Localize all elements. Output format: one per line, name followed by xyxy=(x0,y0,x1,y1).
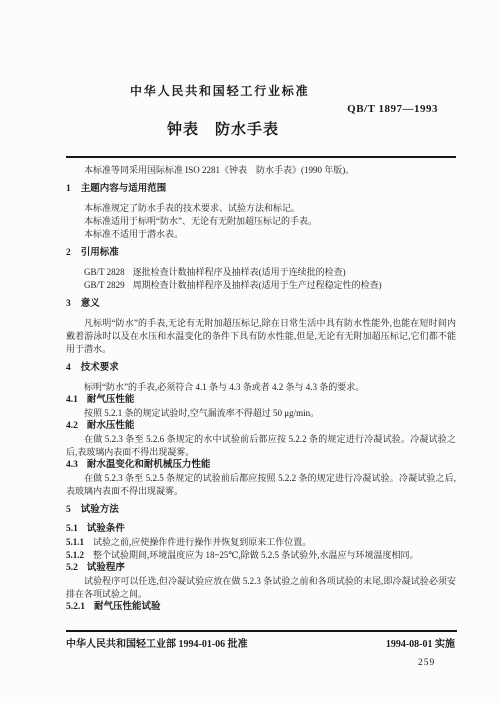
block-text: 试验之前,应使操作件进行操作并恢复到原来工作位置。 xyxy=(93,537,311,547)
document-body: 本标准等同采用国际标准 ISO 2281《钟表 防水手表》(1990 年版)。1… xyxy=(66,164,456,614)
block-text: 逐批检查计数抽样程序及抽样表(适用于连续批的检查) xyxy=(133,267,346,277)
footer: 中华人民共和国轻工业部 1994-01-06 批准 1994-08-01 实施 xyxy=(66,635,455,650)
footer-divider xyxy=(66,630,457,632)
page-number: 259 xyxy=(418,658,435,668)
block-text: 本标准等同采用国际标准 ISO 2281《钟表 防水手表》(1990 年版)。 xyxy=(84,165,354,175)
standard-number: QB/T 1897—1993 xyxy=(347,103,438,115)
clause-number: 5.2.1 xyxy=(66,602,85,612)
block-text: 本标准规定了防水手表的技术要求、试验方法和标记。 xyxy=(84,203,300,213)
paragraph: 本标准等同采用国际标准 ISO 2281《钟表 防水手表》(1990 年版)。 xyxy=(66,164,456,177)
section-heading: 3意义 xyxy=(66,298,456,311)
title-divider xyxy=(66,156,456,158)
document-page: 中华人民共和国轻工行业标准 QB/T 1897—1993 钟表 防水手表 本标准… xyxy=(0,0,500,703)
clause-number: 4.1 xyxy=(66,395,78,405)
paragraph: 在做 5.2.3 条至 5.2.5 条规定的试验前后都应按照 5.2.2 条的规… xyxy=(66,472,456,498)
clause-heading: 5.2.1耐气压性能试验 xyxy=(66,601,456,614)
block-text: 试验条件 xyxy=(87,524,125,534)
paragraph: 本标准不适用于潜水表。 xyxy=(66,228,456,241)
paragraph: 本标准适用于标明“防水”、无论有无附加超压标记的手表。 xyxy=(66,215,456,228)
clause-number: GB/T 2829 xyxy=(84,280,125,290)
clause-number: 3 xyxy=(66,299,71,309)
block-text: 整个试验期间,环境温度应为 18~25℃,除做 5.2.5 条试验外,水温应与环… xyxy=(93,550,418,560)
block-text: 本标准不适用于潜水表。 xyxy=(84,229,183,239)
section-heading: 4技术要求 xyxy=(66,362,456,375)
paragraph: 标明“防水”的手表,必须符合 4.1 条与 4.3 条或者 4.2 条与 4.3… xyxy=(66,381,456,394)
implementation-note: 1994-08-01 实施 xyxy=(386,635,455,650)
block-text: 技术要求 xyxy=(81,363,119,373)
block-text: 试验程序 xyxy=(87,563,125,573)
block-text: 试验程序可以任选,但冷凝试验应放在做 5.2.3 条试验之前和各项试验的末尾,即… xyxy=(66,576,456,599)
block-text: 耐气压性能试验 xyxy=(94,602,161,612)
section-heading: 2引用标准 xyxy=(66,247,456,260)
clause-paragraph: 5.1.1试验之前,应使操作件进行操作并恢复到原来工作位置。 xyxy=(66,536,456,549)
block-text: 周期检查计数抽样程序及抽样表(适用于生产过程稳定性的检查) xyxy=(133,280,382,290)
block-text: 标明“防水”的手表,必须符合 4.1 条与 4.3 条或者 4.2 条与 4.3… xyxy=(84,382,364,392)
block-text: 主题内容与适用范围 xyxy=(81,184,167,194)
standard-org-label: 中华人民共和国轻工行业标准 xyxy=(130,82,309,99)
approval-note: 中华人民共和国轻工业部 1994-01-06 批准 xyxy=(66,635,248,650)
paragraph: 试验程序可以任选,但冷凝试验应放在做 5.2.3 条试验之前和各项试验的末尾,即… xyxy=(66,575,456,601)
section-heading: 5试验方法 xyxy=(66,504,456,517)
reference-item: GB/T 2828逐批检查计数抽样程序及抽样表(适用于连续批的检查) xyxy=(66,266,456,279)
clause-number: 4.2 xyxy=(66,421,78,431)
clause-number: 1 xyxy=(66,184,71,194)
block-text: 凡标明“防水”的手表,无论有无附加超压标记,除在日常生活中具有防水性能外,也能在… xyxy=(66,318,456,354)
document-title: 钟表 防水手表 xyxy=(167,118,279,139)
clause-heading: 4.2耐水压性能 xyxy=(66,420,456,433)
block-text: 耐水温变化和耐机械压力性能 xyxy=(87,460,211,470)
paragraph: 按照 5.2.1 条的规定试验时,空气漏流率不得超过 50 μg/min。 xyxy=(66,407,456,420)
paragraph: 在做 5.2.3 条至 5.2.6 条规定的水中试验前后都应按 5.2.2 条的… xyxy=(66,433,456,459)
clause-heading: 5.2试验程序 xyxy=(66,562,456,575)
clause-number: 5 xyxy=(66,505,71,515)
clause-heading: 5.1试验条件 xyxy=(66,523,456,536)
reference-item: GB/T 2829周期检查计数抽样程序及抽样表(适用于生产过程稳定性的检查) xyxy=(66,279,456,292)
block-text: 按照 5.2.1 条的规定试验时,空气漏流率不得超过 50 μg/min。 xyxy=(84,408,319,418)
clause-heading: 4.3耐水温变化和耐机械压力性能 xyxy=(66,459,456,472)
block-text: 试验方法 xyxy=(81,505,119,515)
clause-number: 4.3 xyxy=(66,460,78,470)
block-text: 在做 5.2.3 条至 5.2.5 条规定的试验前后都应按照 5.2.2 条的规… xyxy=(66,473,456,496)
clause-number: 5.1.1 xyxy=(66,537,84,547)
clause-number: 5.1.2 xyxy=(66,550,84,560)
block-text: 引用标准 xyxy=(81,248,119,258)
clause-number: 5.1 xyxy=(66,524,78,534)
clause-heading: 4.1耐气压性能 xyxy=(66,394,456,407)
block-text: 耐气压性能 xyxy=(87,395,135,405)
block-text: 意义 xyxy=(81,299,100,309)
block-text: 在做 5.2.3 条至 5.2.6 条规定的水中试验前后都应按 5.2.2 条的… xyxy=(66,434,456,457)
paragraph: 凡标明“防水”的手表,无论有无附加超压标记,除在日常生活中具有防水性能外,也能在… xyxy=(66,317,456,356)
clause-number: 4 xyxy=(66,363,71,373)
clause-number: 5.2 xyxy=(66,563,78,573)
clause-paragraph: 5.1.2整个试验期间,环境温度应为 18~25℃,除做 5.2.5 条试验外,… xyxy=(66,549,456,562)
block-text: 本标准适用于标明“防水”、无论有无附加超压标记的手表。 xyxy=(84,216,317,226)
section-heading: 1主题内容与适用范围 xyxy=(66,183,456,196)
block-text: 耐水压性能 xyxy=(87,421,135,431)
clause-number: GB/T 2828 xyxy=(84,267,125,277)
clause-number: 2 xyxy=(66,248,71,258)
paragraph: 本标准规定了防水手表的技术要求、试验方法和标记。 xyxy=(66,202,456,215)
